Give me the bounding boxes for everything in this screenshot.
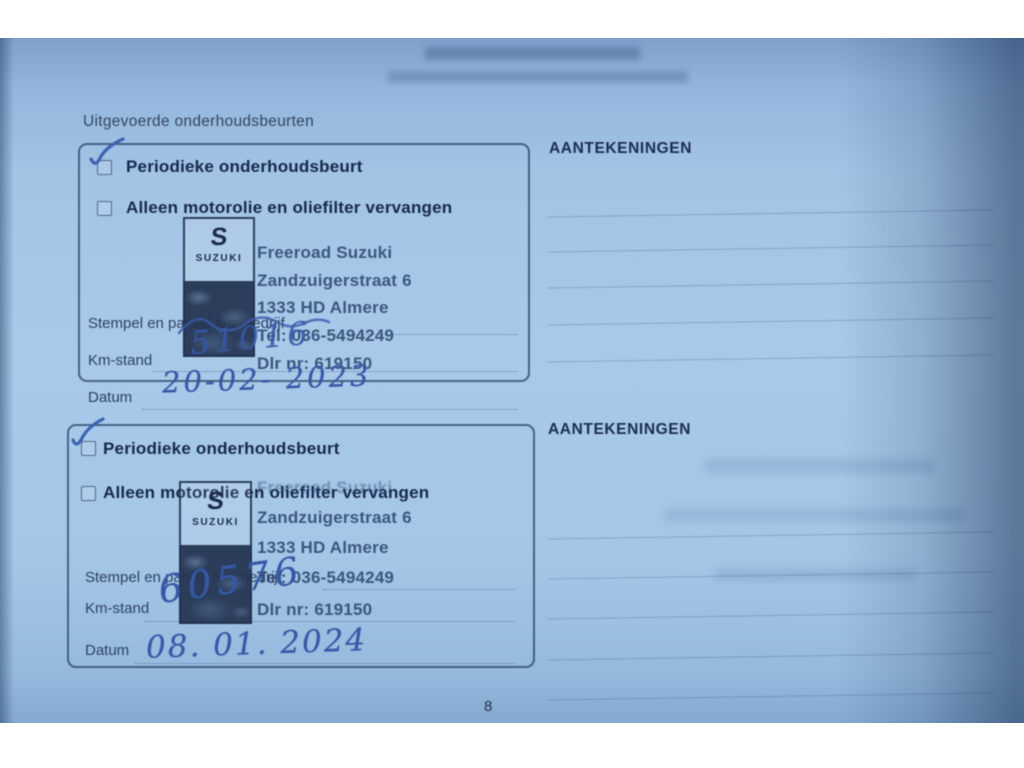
notes-title: AANTEKENINGEN [548, 421, 691, 439]
field-label-datum: Datum [88, 389, 132, 406]
option-label: Alleen motorolie en oliefilter vervangen [126, 198, 452, 218]
ghost-text [705, 459, 935, 473]
booklet-photo: Uitgevoerde onderhoudsbeurten Periodieke… [0, 38, 1024, 723]
dotted-line [142, 409, 518, 410]
stamp-address-line: Freeroad Suzuki [257, 243, 392, 263]
signature-squiggle-icon [173, 293, 363, 353]
suzuki-logo-icon: S [184, 225, 255, 250]
pen-checkmark-icon [66, 414, 110, 452]
ghost-text [425, 47, 640, 60]
notes-section-1: AANTEKENINGEN [545, 138, 997, 398]
suzuki-brand-text: SUZUKI [181, 517, 250, 528]
stamp-header: S SUZUKI [181, 483, 250, 543]
field-label-km-stand: Km-stand [88, 352, 152, 369]
option-label: Periodieke onderhoudsbeurt [126, 157, 363, 177]
handwritten-date: 20-02- 2023 [161, 358, 371, 399]
ghost-text [665, 509, 965, 521]
stamp-address-line: Dlr nr: 619150 [257, 600, 372, 620]
notes-line [548, 245, 993, 253]
notes-title: AANTEKENINGEN [549, 140, 692, 158]
notes-line [548, 355, 993, 363]
handwritten-date: 08. 01. 2024 [145, 622, 367, 666]
page-title: Uitgevoerde onderhoudsbeurten [83, 113, 314, 131]
ghost-text [388, 71, 688, 83]
stamp-header: S SUZUKI [185, 219, 253, 279]
suzuki-brand-text: SUZUKI [185, 253, 253, 264]
field-label-km-stand: Km-stand [85, 600, 149, 617]
notes-line [548, 693, 993, 701]
notes-line [548, 210, 993, 218]
checkbox-alleen-motorolie [97, 201, 112, 216]
option-label: Periodieke onderhoudsbeurt [103, 439, 340, 459]
dotted-line [323, 589, 515, 590]
service-entry-2: Periodieke onderhoudsbeurt Alleen motoro… [67, 424, 535, 668]
notes-line [548, 281, 993, 289]
page-number: 8 [484, 698, 492, 715]
notes-line [548, 318, 993, 326]
notes-line [548, 532, 993, 540]
pen-checkmark-icon [84, 135, 128, 173]
suzuki-logo-icon: S [180, 489, 252, 514]
notes-line [548, 612, 993, 620]
stamp-address-line: Freeroad Suzuki [257, 478, 392, 498]
stamp-address-line: Zandzuigerstraat 6 [257, 508, 412, 528]
service-entry-1: Periodieke onderhoudsbeurt Alleen motoro… [78, 143, 530, 382]
checkbox-alleen-motorolie [81, 486, 96, 501]
notes-line [548, 653, 993, 661]
notes-section-2: AANTEKENINGEN [545, 419, 997, 704]
stamp-address-line: Zandzuigerstraat 6 [257, 271, 412, 291]
field-label-datum: Datum [85, 642, 129, 659]
